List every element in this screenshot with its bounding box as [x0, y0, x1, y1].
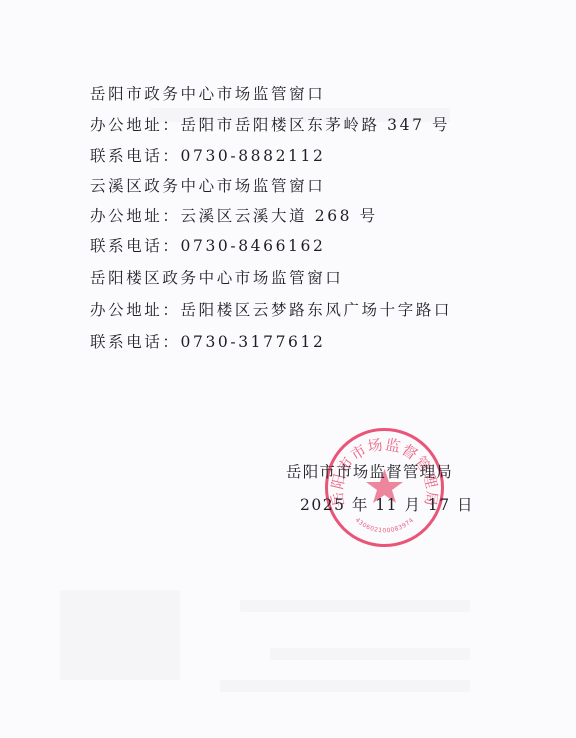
- window-name: 岳阳楼区政务中心市场监管窗口: [90, 268, 343, 288]
- address-line: 办公地址：岳阳市岳阳楼区东茅岭路 347 号: [90, 115, 450, 135]
- bleed-through-mark: [270, 648, 470, 660]
- address-value: 云溪区云溪大道 268 号: [181, 207, 378, 225]
- address-label: 办公地址：: [90, 116, 181, 134]
- phone-label: 联系电话：: [90, 237, 181, 255]
- address-value: 岳阳楼区云梦路东风广场十字路口: [181, 301, 453, 319]
- phone-value: 0730-8882112: [181, 147, 326, 165]
- signing-date: 2025 年 11 月 17 日: [300, 495, 474, 515]
- phone-value: 0730-8466162: [181, 237, 326, 255]
- seal-number: 430602100083974: [354, 517, 416, 535]
- address-line: 办公地址：岳阳楼区云梦路东风广场十字路口: [90, 300, 452, 320]
- document-page: 岳阳市政务中心市场监管窗口 办公地址：岳阳市岳阳楼区东茅岭路 347 号 联系电…: [0, 0, 576, 738]
- address-label: 办公地址：: [90, 207, 181, 225]
- phone-label: 联系电话：: [90, 333, 181, 351]
- signing-organization: 岳阳市市场监督管理局: [286, 462, 453, 482]
- bleed-through-mark: [240, 600, 470, 612]
- window-name: 岳阳市政务中心市场监管窗口: [90, 84, 325, 104]
- window-name: 云溪区政务中心市场监管窗口: [90, 176, 325, 196]
- official-seal-stamp: 岳阳市市场监督管理局 430602100083974: [322, 425, 447, 550]
- phone-line: 联系电话：0730-3177612: [90, 332, 325, 352]
- phone-value: 0730-3177612: [181, 333, 326, 351]
- phone-line: 联系电话：0730-8466162: [90, 236, 325, 256]
- address-label: 办公地址：: [90, 301, 181, 319]
- bleed-through-mark: [220, 680, 470, 692]
- bleed-through-mark: [60, 590, 180, 680]
- address-value: 岳阳市岳阳楼区东茅岭路 347 号: [181, 116, 451, 134]
- address-line: 办公地址：云溪区云溪大道 268 号: [90, 206, 378, 226]
- svg-text:430602100083974: 430602100083974: [354, 517, 416, 535]
- phone-line: 联系电话：0730-8882112: [90, 146, 325, 166]
- phone-label: 联系电话：: [90, 147, 181, 165]
